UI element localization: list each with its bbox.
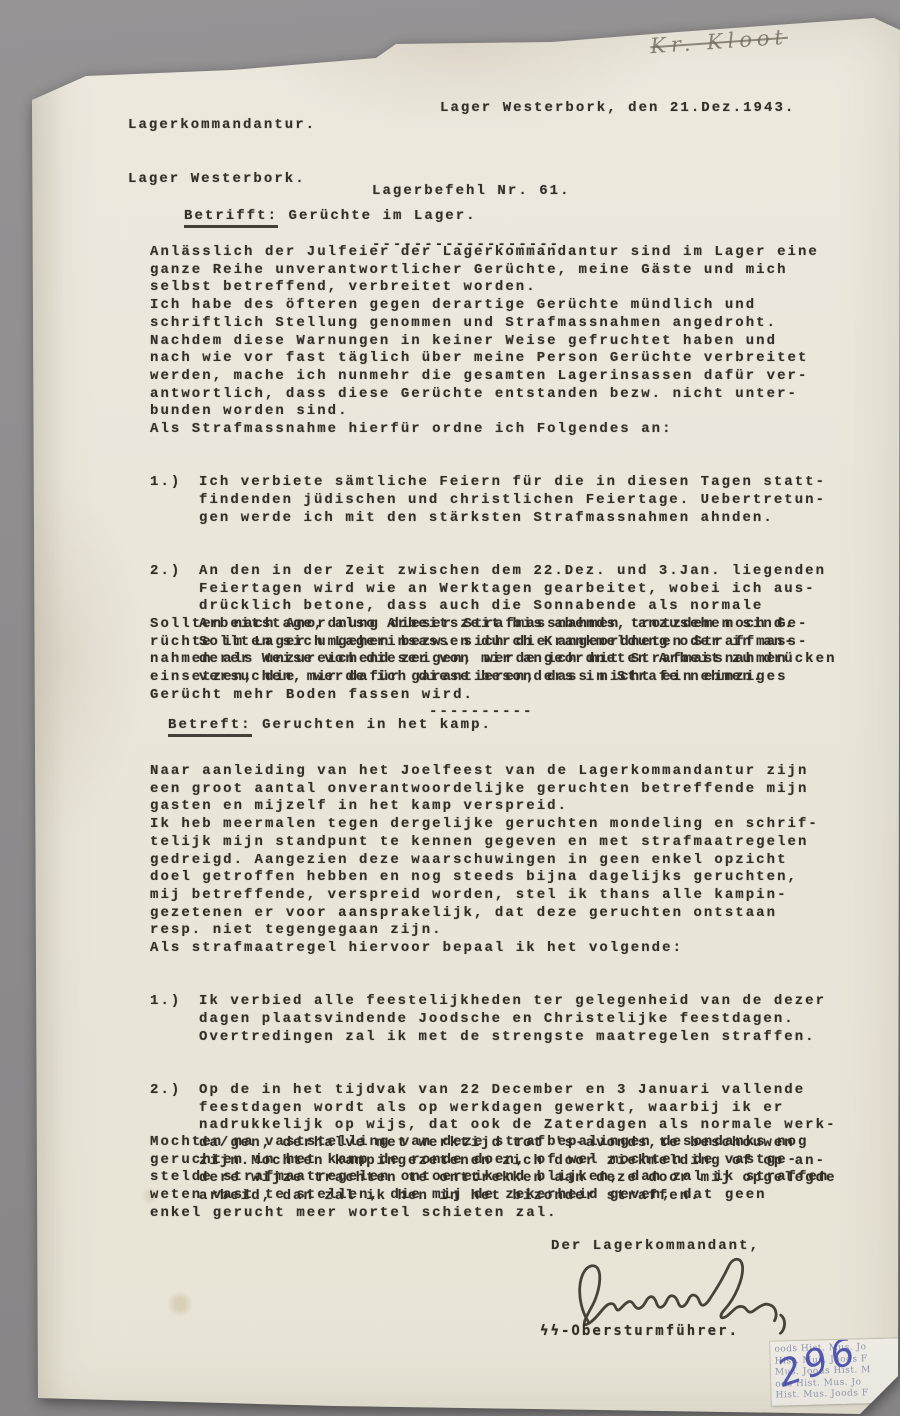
- archive-sticker: oods Hist. Mus. Jo Hist. Mus. Joods F Mu…: [770, 1338, 900, 1405]
- document-title-text: Lagerbefehl Nr. 61.: [372, 183, 571, 201]
- paper-shadow: Kr. Kloot Lagerkommandantur. Lager Weste…: [16, 8, 884, 1408]
- dutch-closing-paragraph: Mochten na vaststelling van deze strafbe…: [150, 1134, 829, 1223]
- signature-rank-line: ϟϟ-Obersturmführer.: [540, 1323, 739, 1341]
- dateline: Lager Westerbork, den 21.Dez.1943.: [440, 100, 795, 118]
- german-list-item-1: 1.) Ich verbiete sämtliche Feiern für di…: [150, 474, 837, 527]
- german-closing-paragraph: Sollten nach Anordnung dieser Strafmassn…: [150, 616, 808, 705]
- letterhead-office-line2: Lager Westerbork.: [128, 171, 316, 189]
- dutch-paragraph-1: Naar aanleiding van het Joelfeest van de…: [150, 763, 819, 958]
- dutch-item-1-number: 1.): [150, 993, 199, 1046]
- subject-label-german: Betrifft:: [184, 208, 278, 228]
- pencil-annotation: Kr. Kloot: [649, 19, 860, 60]
- dutch-item-1-text: Ik verbied alle feestelijkheden ter gele…: [199, 993, 826, 1046]
- paper-sheet: Kr. Kloot Lagerkommandantur. Lager Weste…: [32, 16, 900, 1416]
- subject-text-dutch: Geruchten in het kamp.: [252, 717, 492, 733]
- letterhead-office-line1: Lagerkommandantur.: [128, 117, 316, 135]
- german-paragraph-1: Anlässlich der Julfeier der Lagerkommand…: [150, 244, 819, 439]
- german-item-1-text: Ich verbiete sämtliche Feiern für die in…: [199, 474, 826, 527]
- subject-line-dutch: Betreft: Geruchten in het kamp.: [168, 717, 492, 735]
- subject-text-german: Gerüchte im Lager.: [278, 208, 477, 224]
- scanned-document-page: Kr. Kloot Lagerkommandantur. Lager Weste…: [0, 0, 900, 1416]
- subject-line-german: Betrifft: Gerüchte im Lager.: [184, 208, 477, 226]
- subject-label-dutch: Betreft:: [168, 717, 252, 737]
- letterhead-office: Lagerkommandantur. Lager Westerbork.: [128, 82, 316, 224]
- german-item-1-number: 1.): [150, 474, 199, 527]
- dutch-list-item-1: 1.) Ik verbied alle feestelijkheden ter …: [150, 993, 837, 1046]
